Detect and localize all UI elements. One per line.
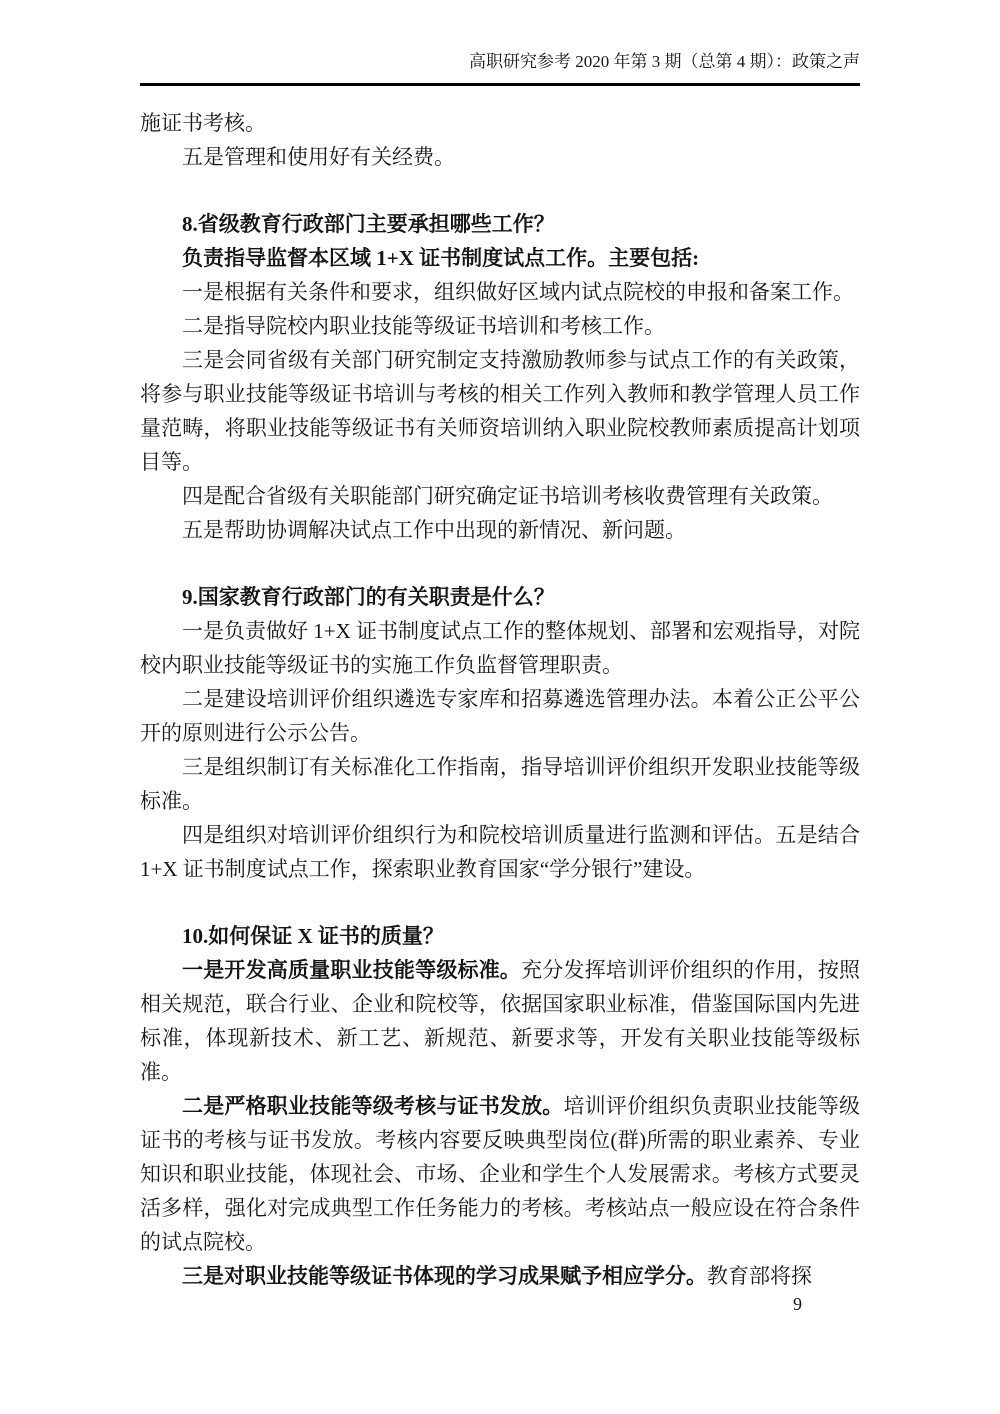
paragraph: 三是组织制订有关标准化工作指南，指导培训评价组织开发职业技能等级标准。 bbox=[140, 750, 860, 818]
paragraph: 五是管理和使用好有关经费。 bbox=[140, 140, 860, 174]
page-number: 9 bbox=[793, 1292, 802, 1316]
paragraph: 一是开发高质量职业技能等级标准。充分发挥培训评价组织的作用，按照相关规范，联合行… bbox=[140, 953, 860, 1089]
document-body: 施证书考核。五是管理和使用好有关经费。8.省级教育行政部门主要承担哪些工作？负责… bbox=[140, 106, 860, 1293]
paragraph: 二是建设培训评价组织遴选专家库和招募遴选管理办法。本着公正公平公开的原则进行公示… bbox=[140, 682, 860, 750]
document-page: 高职研究参考 2020 年第 3 期（总第 4 期）：政策之声 施证书考核。五是… bbox=[0, 0, 1000, 1414]
paragraph-lead: 三是对职业技能等级证书体现的学习成果赋予相应学分。 bbox=[182, 1264, 707, 1288]
paragraph: 二是指导院校内职业技能等级证书培训和考核工作。 bbox=[140, 309, 860, 343]
paragraph: 二是严格职业技能等级考核与证书发放。培训评价组织负责职业技能等级证书的考核与证书… bbox=[140, 1089, 860, 1259]
question-heading: 10.如何保证 X 证书的质量？ bbox=[140, 919, 860, 953]
paragraph: 三是对职业技能等级证书体现的学习成果赋予相应学分。教育部将探 bbox=[140, 1259, 860, 1293]
paragraph: 四是组织对培训评价组织行为和院校培训质量进行监测和评估。五是结合 1+X 证书制… bbox=[140, 818, 860, 886]
paragraph: 四是配合省级有关职能部门研究确定证书培训考核收费管理有关政策。 bbox=[140, 479, 860, 513]
paragraph: 五是帮助协调解决试点工作中出现的新情况、新问题。 bbox=[140, 513, 860, 547]
question-heading: 8.省级教育行政部门主要承担哪些工作？ bbox=[140, 207, 860, 241]
paragraph: 负责指导监督本区域 1+X 证书制度试点工作。主要包括: bbox=[140, 241, 860, 275]
paragraph-lead: 一是开发高质量职业技能等级标准。 bbox=[182, 958, 521, 982]
question-heading: 9.国家教育行政部门的有关职责是什么？ bbox=[140, 580, 860, 614]
paragraph: 三是会同省级有关部门研究制定支持激励教师参与试点工作的有关政策，将参与职业技能等… bbox=[140, 343, 860, 479]
paragraph-lead: 二是严格职业技能等级考核与证书发放。 bbox=[182, 1094, 563, 1118]
paragraph: 一是根据有关条件和要求，组织做好区域内试点院校的申报和备案工作。 bbox=[140, 275, 860, 309]
page-header: 高职研究参考 2020 年第 3 期（总第 4 期）：政策之声 bbox=[140, 50, 860, 86]
paragraph: 一是负责做好 1+X 证书制度试点工作的整体规划、部署和宏观指导，对院校内职业技… bbox=[140, 614, 860, 682]
paragraph: 施证书考核。 bbox=[140, 106, 860, 140]
